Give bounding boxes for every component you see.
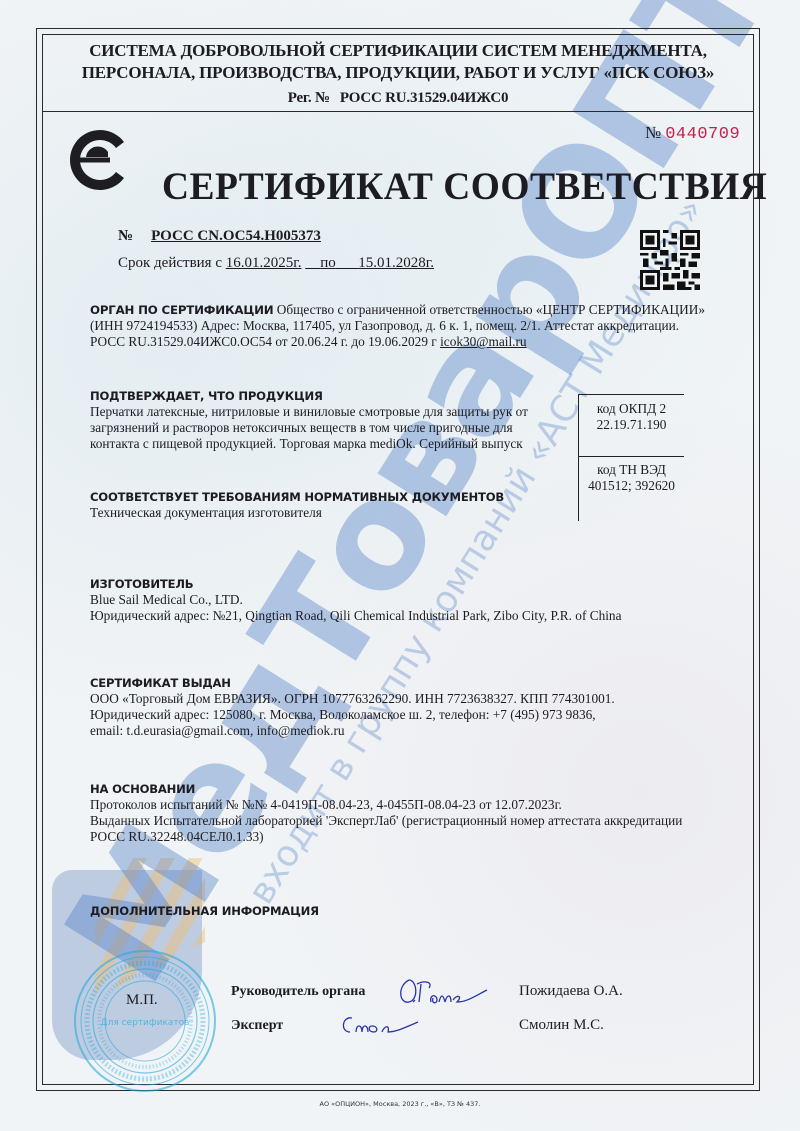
serial-value: 0440709 bbox=[665, 125, 740, 144]
basis-line-3: РОСС RU.32248.04СЕЛ0.1.33) bbox=[90, 829, 682, 845]
validity-period: Срок действия с 16.01.2025г. по 15.01.20… bbox=[118, 255, 434, 272]
issued-to-section: СЕРТИФИКАТ ВЫДАН ООО «Торговый Дом ЕВРАЗ… bbox=[90, 675, 615, 739]
organ-line-1: Общество с ограниченной ответственностью… bbox=[277, 302, 705, 317]
header-line-1: СИСТЕМА ДОБРОВОЛЬНОЙ СЕРТИФИКАЦИИ СИСТЕМ… bbox=[42, 40, 754, 62]
requirements-section: СООТВЕТСТВУЕТ ТРЕБОВАНИЯМ НОРМАТИВНЫХ ДО… bbox=[90, 489, 504, 521]
certificate-number: №РОСС CN.ОС54.Н005373 bbox=[118, 228, 321, 245]
issued-to-heading: СЕРТИФИКАТ ВЫДАН bbox=[90, 675, 615, 691]
seal-stamp-icon: Для сертификатов bbox=[72, 948, 218, 1094]
expert-signature bbox=[338, 1010, 428, 1040]
basis-line-1: Протоколов испытаний № №№ 4-0419П-08.04-… bbox=[90, 797, 682, 813]
head-of-body-name: Пожидаева О.А. bbox=[519, 983, 623, 1000]
basis-section: НА ОСНОВАНИИ Протоколов испытаний № №№ 4… bbox=[90, 781, 682, 845]
expert-name: Смолин М.С. bbox=[519, 1017, 604, 1034]
cert-no-label: № bbox=[118, 228, 133, 244]
product-line-1: Перчатки латексные, нитриловые и винилов… bbox=[90, 404, 570, 420]
valid-from: 16.01.2025г. bbox=[226, 255, 302, 271]
system-header: СИСТЕМА ДОБРОВОЛЬНОЙ СЕРТИФИКАЦИИ СИСТЕМ… bbox=[42, 40, 754, 109]
product-section: ПОДТВЕРЖДАЕТ, ЧТО ПРОДУКЦИЯ Перчатки лат… bbox=[90, 388, 570, 452]
okpd-label: код ОКПД 2 bbox=[579, 401, 684, 417]
requirements-text: Техническая документация изготовителя bbox=[90, 505, 504, 521]
tnved-value: 401512; 392620 bbox=[579, 478, 684, 494]
header-divider bbox=[42, 111, 754, 112]
printer-footer: АО «ОПЦИОН», Москва, 2023 г., «В», ТЗ № … bbox=[0, 1100, 800, 1108]
reg-value: РОСС RU.31529.04ИЖС0 bbox=[340, 90, 508, 106]
product-line-2: загрязнений и растворов нетоксичных веще… bbox=[90, 420, 570, 436]
registration-number: Рег. №РОСС RU.31529.04ИЖС0 bbox=[42, 87, 754, 109]
certification-body-section: ОРГАН ПО СЕРТИФИКАЦИИ Общество с огранич… bbox=[90, 302, 740, 350]
issued-to-line-2: Юридический адрес: 125080, г. Москва, Во… bbox=[90, 707, 615, 723]
manufacturer-name: Blue Sail Medical Co., LTD. bbox=[90, 592, 621, 608]
okpd-value: 22.19.71.190 bbox=[579, 417, 684, 433]
manufacturer-heading: ИЗГОТОВИТЕЛЬ bbox=[90, 576, 621, 592]
organ-heading: ОРГАН ПО СЕРТИФИКАЦИИ bbox=[90, 303, 273, 317]
reg-label: Рег. № bbox=[288, 90, 330, 106]
certification-logo-icon bbox=[64, 128, 128, 192]
document-title: СЕРТИФИКАТ СООТВЕТСТВИЯ bbox=[162, 164, 767, 209]
manufacturer-section: ИЗГОТОВИТЕЛЬ Blue Sail Medical Co., LTD.… bbox=[90, 576, 621, 624]
header-line-2: ПЕРСОНАЛА, ПРОИЗВОДСТВА, ПРОДУКЦИИ, РАБО… bbox=[42, 62, 754, 84]
head-signature bbox=[395, 972, 495, 1008]
form-serial-number: №0440709 bbox=[645, 123, 740, 144]
tnved-label: код ТН ВЭД bbox=[579, 462, 684, 478]
okpd-code-box: код ОКПД 2 22.19.71.190 bbox=[579, 394, 684, 450]
expert-label: Эксперт bbox=[231, 1018, 283, 1034]
serial-label: № bbox=[645, 123, 661, 142]
product-line-3: контакта с пищевой продукцией. Торговая … bbox=[90, 436, 570, 452]
valid-to: 15.01.2028г. bbox=[358, 255, 434, 271]
additional-info-section: ДОПОЛНИТЕЛЬНАЯ ИНФОРМАЦИЯ bbox=[90, 903, 319, 919]
organ-line-3: РОСС RU.31529.04ИЖС0.ОС54 от 20.06.24 г.… bbox=[90, 334, 437, 349]
basis-line-2: Выданных Испытательной лабораторией 'Экс… bbox=[90, 813, 682, 829]
qr-code[interactable] bbox=[640, 229, 700, 291]
additional-info-heading: ДОПОЛНИТЕЛЬНАЯ ИНФОРМАЦИЯ bbox=[90, 903, 319, 919]
issued-to-line-3: email: t.d.eurasia@gmail.com, info@medio… bbox=[90, 723, 615, 739]
requirements-heading: СООТВЕТСТВУЕТ ТРЕБОВАНИЯМ НОРМАТИВНЫХ ДО… bbox=[90, 489, 504, 505]
manufacturer-address: Юридический адрес: №21, Qingtian Road, Q… bbox=[90, 608, 621, 624]
valid-to-label: по bbox=[320, 255, 336, 271]
issued-to-line-1: ООО «Торговый Дом ЕВРАЗИЯ». ОГРН 1077763… bbox=[90, 691, 615, 707]
validity-label: Срок действия с bbox=[118, 255, 222, 271]
tnved-code-box: код ТН ВЭД 401512; 392620 bbox=[579, 456, 684, 494]
product-heading: ПОДТВЕРЖДАЕТ, ЧТО ПРОДУКЦИЯ bbox=[90, 388, 570, 404]
head-of-body-label: Руководитель органа bbox=[231, 984, 365, 1000]
cert-no-value: РОСС CN.ОС54.Н005373 bbox=[151, 228, 321, 244]
organ-email-link[interactable]: icok30@mail.ru bbox=[440, 334, 526, 349]
svg-text:Для сертификатов: Для сертификатов bbox=[101, 1018, 190, 1028]
organ-line-2: (ИНН 9724194533) Адрес: Москва, 117405, … bbox=[90, 318, 740, 334]
basis-heading: НА ОСНОВАНИИ bbox=[90, 781, 682, 797]
classification-codes: код ОКПД 2 22.19.71.190 код ТН ВЭД 40151… bbox=[578, 394, 684, 521]
stamp-place-label: М.П. bbox=[126, 992, 158, 1009]
